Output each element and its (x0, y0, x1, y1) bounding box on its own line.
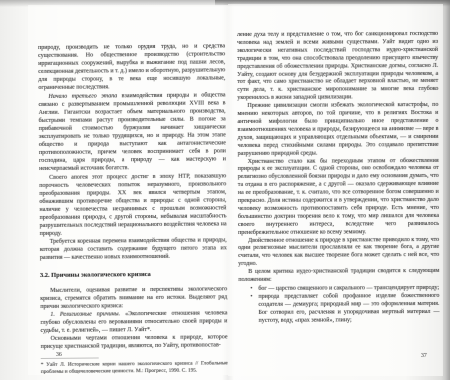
bullet-list: • бог — царство священного и сакрального… (250, 285, 439, 326)
paragraph-text: Основными чертами отношения человека к п… (41, 334, 228, 350)
paragraph: 1. Религиозные причины. «Экологические о… (40, 309, 227, 335)
paragraph-text: Мыслители, оценивая развитие и перспекти… (40, 286, 227, 310)
paragraph: Христианство стало как бы переходным эта… (238, 157, 439, 237)
paragraph: природу, производить не только орудия тр… (38, 42, 225, 92)
paragraph-text: ление духа телу и представление о том, ч… (237, 31, 438, 101)
paragraph-text: Двойственное отношение к природе в христ… (238, 237, 439, 268)
paragraph-text: Христианство стало как бы переходным эта… (238, 157, 439, 235)
page-number-left: 36 (56, 352, 62, 358)
paragraph-lead-italic: Начало третьего этапа (48, 93, 117, 100)
bullet-text: природа представляет собой профанное изд… (258, 293, 439, 326)
list-item: • природа представляет собой профанное и… (250, 293, 439, 326)
paragraph-text: Своего апогея этот процесс достиг в эпох… (39, 173, 226, 237)
scanned-book-spread: природу, производить не только орудия тр… (0, 0, 450, 380)
footnote: * Уайт Л. Исторические корни нашего экол… (41, 361, 228, 376)
paragraph-lead-italic: 1. Религиозные причины. (50, 311, 120, 318)
page-right: ление духа телу и представление о том, ч… (228, 4, 443, 376)
section-heading: 3.2. Причины экологического кризиса (40, 270, 227, 280)
paragraph: Мыслители, оценивая развитие и перспекти… (40, 285, 227, 311)
paragraph: Начало третьего этапа взаимодействия при… (38, 91, 226, 174)
paragraph: Прежние цивилизации смогли избежать экол… (237, 102, 438, 158)
paragraph: Требуется коренная перемена взаимодейств… (40, 237, 227, 263)
paragraph: Двойственное отношение к природе в христ… (238, 237, 439, 270)
paragraph-text: Требуется коренная перемена взаимодейств… (40, 238, 227, 262)
page-left: природу, производить не только орудия тр… (28, 5, 228, 375)
paragraph-text: В целом критика иудео-христианской тради… (238, 268, 439, 283)
paragraph-text: взаимодействия природы и общества связан… (39, 92, 227, 172)
bullet-icon: • (250, 286, 254, 294)
paragraph: Основными чертами отношения человека к п… (41, 333, 228, 351)
paragraph-text: природу, производить не только орудия тр… (38, 43, 225, 91)
footnote-separator-rule (41, 358, 99, 359)
paragraph-text: Прежние цивилизации смогли избежать экол… (237, 102, 438, 156)
paragraph: В целом критика иудео-христианской тради… (238, 268, 439, 285)
bullet-icon: • (250, 294, 254, 326)
paragraph: ление духа телу и представление о том, ч… (237, 31, 438, 103)
page-left-text-block: природу, производить не только орудия тр… (38, 42, 228, 376)
page-number-right: 37 (421, 353, 427, 359)
page-right-text-block: ление духа телу и представление о том, ч… (237, 31, 440, 326)
paragraph: Своего апогея этот процесс достиг в эпох… (39, 172, 227, 238)
